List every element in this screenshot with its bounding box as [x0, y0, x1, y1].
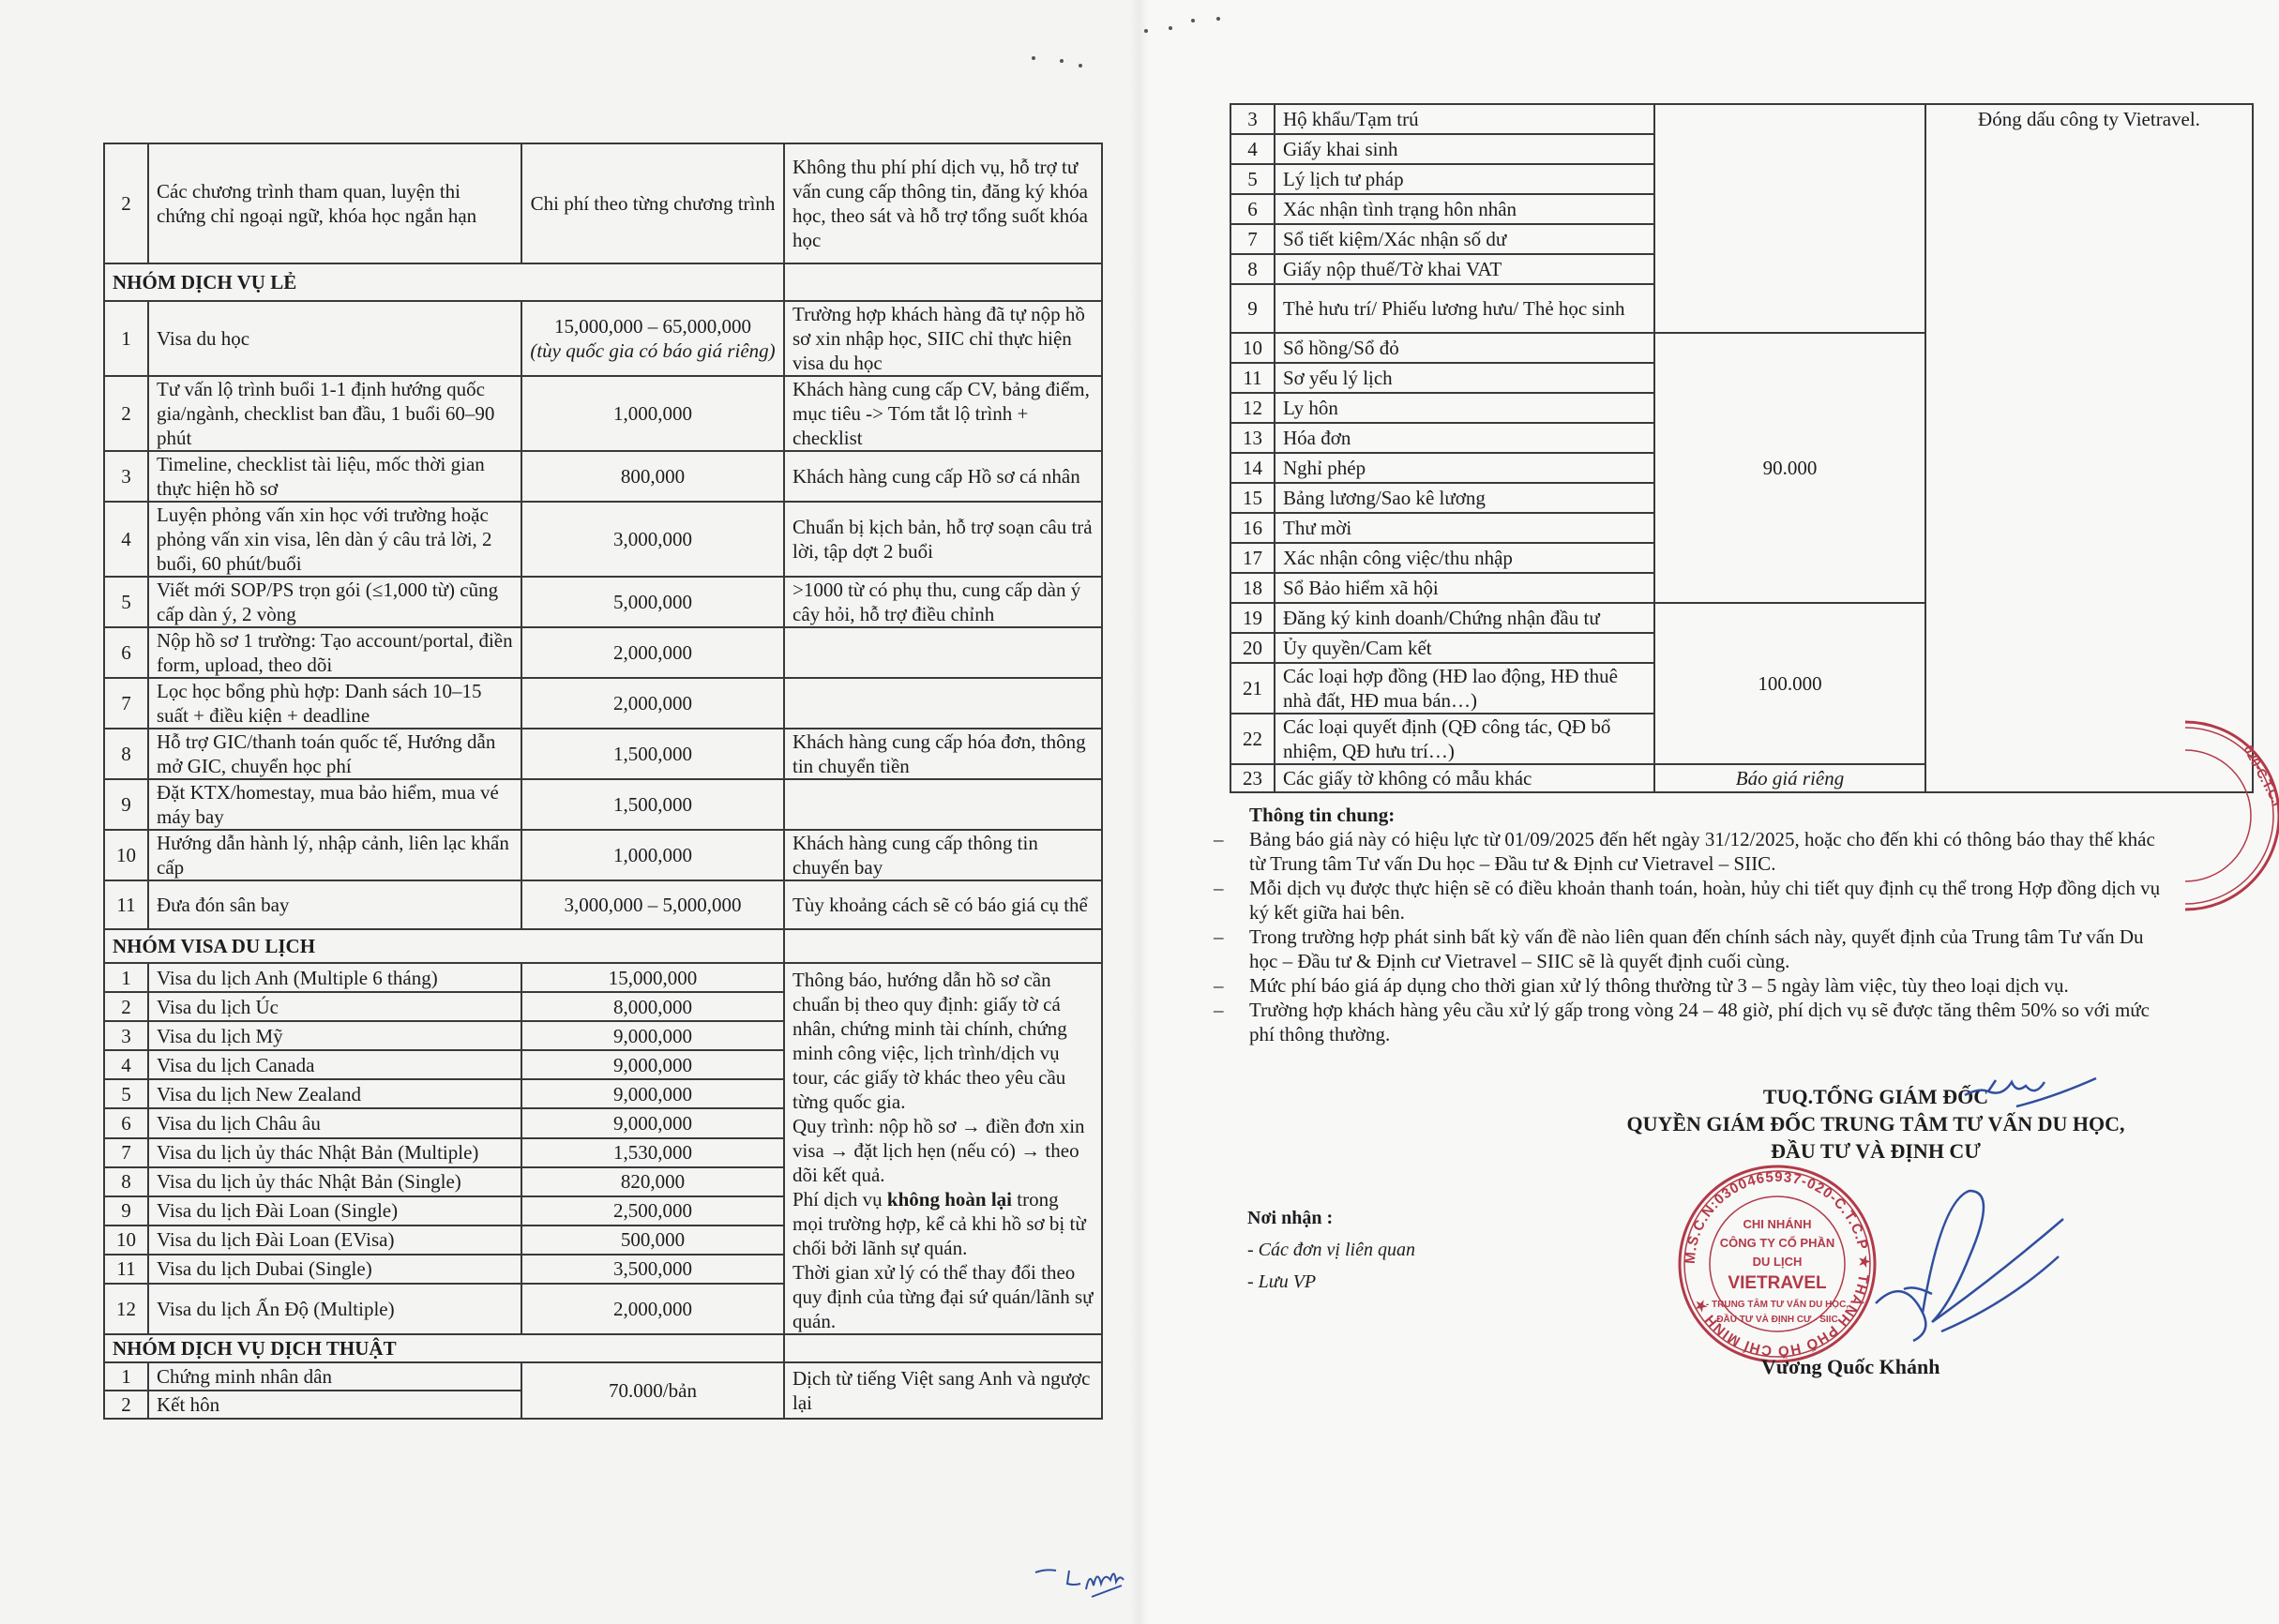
price-cell: 2,000,000 — [521, 678, 784, 729]
document-name: Hộ khẩu/Tạm trú — [1275, 104, 1654, 134]
row-number: 23 — [1230, 764, 1275, 792]
price-cell — [1654, 104, 1925, 333]
scan-speck — [1216, 17, 1220, 21]
scan-speck — [1060, 59, 1064, 63]
price-cell: 500,000 — [521, 1226, 784, 1255]
visa-note-text: Quy trình: nộp hồ sơ → điền đơn xin visa… — [792, 1115, 1085, 1186]
service-name: Chứng minh nhân dân — [148, 1362, 521, 1391]
row-number: 12 — [1230, 393, 1275, 423]
row-number: 19 — [1230, 603, 1275, 633]
visa-note-text: Phí dịch vụ — [792, 1188, 887, 1210]
note-cell — [784, 678, 1102, 729]
note-cell: >1000 từ có phụ thu, cung cấp dàn ý cây … — [784, 577, 1102, 627]
row-number: 4 — [104, 502, 148, 577]
page-gutter — [1130, 0, 1149, 1624]
row-number: 5 — [1230, 164, 1275, 194]
general-info-title: Thông tin chung: — [1249, 803, 2166, 827]
price-value: 2,000,000 — [530, 640, 776, 665]
stamp-inner-text: CHI NHÁNH — [1743, 1217, 1812, 1231]
section-row: NHÓM DỊCH VỤ DỊCH THUẬT — [104, 1334, 1102, 1362]
price-value: 2,000,000 — [530, 691, 776, 715]
service-name: Viết mới SOP/PS trọn gói (≤1,000 từ) cũn… — [148, 577, 521, 627]
note-cell: Không thu phí phí dịch vụ, hỗ trợ tư vấn… — [784, 143, 1102, 263]
service-name: Visa du lịch ủy thác Nhật Bản (Multiple) — [148, 1138, 521, 1167]
service-name: Visa du lịch Canada — [148, 1050, 521, 1079]
service-name: Các chương trình tham quan, luyện thi ch… — [148, 143, 521, 263]
price-value: 1,500,000 — [530, 742, 776, 766]
recipient-item: - Các đơn vị liên quan — [1247, 1234, 1415, 1266]
service-name: Visa du lịch Mỹ — [148, 1021, 521, 1050]
row-number: 6 — [104, 627, 148, 678]
document-name: Ủy quyền/Cam kết — [1275, 633, 1654, 663]
row-number: 8 — [104, 1167, 148, 1196]
company-stamp: M.S.C.N:0300465937-020-C.T.C.P ★ THÀNH P… — [1674, 1161, 1880, 1367]
general-info-item: –Bảng báo giá này có hiệu lực từ 01/09/2… — [1210, 827, 2166, 876]
price-cell: 1,500,000 — [521, 779, 784, 830]
document-name: Nghỉ phép — [1275, 453, 1654, 483]
document-name: Hóa đơn — [1275, 423, 1654, 453]
bullet-dash: – — [1214, 827, 1224, 851]
price-cell: 9,000,000 — [521, 1021, 784, 1050]
note-cell: Tùy khoảng cách sẽ có báo giá cụ thể — [784, 880, 1102, 929]
row-number: 16 — [1230, 513, 1275, 543]
price-cell: 90.000 — [1654, 333, 1925, 603]
service-name: Visa du lịch Đài Loan (Single) — [148, 1196, 521, 1226]
scan-speck — [1169, 26, 1172, 30]
table-row: 2Tư vấn lộ trình buổi 1-1 định hướng quố… — [104, 376, 1102, 451]
scan-speck — [1079, 64, 1082, 68]
visa-note-text: không hoàn lại — [887, 1188, 1012, 1210]
table-row: 4Luyện phỏng vấn xin học với trường hoặc… — [104, 502, 1102, 577]
row-number: 10 — [1230, 333, 1275, 363]
scan-speck — [1144, 29, 1148, 33]
page-edge-stamp: 020-C.T.C.P ★ HỒ CHÍ MINH — [2185, 713, 2279, 919]
price-value: 800,000 — [530, 464, 776, 489]
table-row: 8Hỗ trợ GIC/thanh toán quốc tế, Hướng dẫ… — [104, 729, 1102, 779]
service-name: Visa du học — [148, 301, 521, 376]
general-info-text: Mỗi dịch vụ được thực hiện sẽ có điều kh… — [1249, 877, 2160, 924]
price-cell: 15,000,000 — [521, 963, 784, 992]
row-number: 9 — [1230, 284, 1275, 333]
price-value: 15,000,000 – 65,000,000 — [530, 314, 776, 338]
row-number: 14 — [1230, 453, 1275, 483]
bullet-dash: – — [1214, 925, 1224, 949]
price-value: 1,000,000 — [530, 401, 776, 426]
document-name: Giấy nộp thuế/Tờ khai VAT — [1275, 254, 1654, 284]
note-cell: Khách hàng cung cấp thông tin chuyến bay — [784, 830, 1102, 880]
section-row: NHÓM VISA DU LỊCH — [104, 929, 1102, 963]
director-signature — [1866, 1163, 2073, 1350]
stamp-inner-text: CÔNG TY CỔ PHẦN — [1720, 1236, 1835, 1250]
general-info-item: –Trường hợp khách hàng yêu cầu xử lý gấp… — [1210, 998, 2166, 1046]
general-info-text: Bảng báo giá này có hiệu lực từ 01/09/20… — [1249, 828, 2155, 875]
row-number: 7 — [104, 1138, 148, 1167]
document-name: Giấy khai sinh — [1275, 134, 1654, 164]
row-number: 2 — [104, 992, 148, 1021]
document-name: Các loại quyết định (QĐ công tác, QĐ bổ … — [1275, 714, 1654, 764]
stamp-inner-text: - TRUNG TÂM TƯ VẤN DU HỌC, — [1706, 1298, 1849, 1310]
service-name: Luyện phỏng vấn xin học với trường hoặc … — [148, 502, 521, 577]
table-row: 2Các chương trình tham quan, luyện thi c… — [104, 143, 1102, 263]
stamp-inner-text: VIETRAVEL — [1728, 1273, 1827, 1293]
bullet-dash: – — [1214, 876, 1224, 900]
price-cell: 9,000,000 — [521, 1079, 784, 1108]
service-name: Visa du lịch Úc — [148, 992, 521, 1021]
document-name: Sổ tiết kiệm/Xác nhận số dư — [1275, 224, 1654, 254]
table-row: 1Visa du học15,000,000 – 65,000,000(tùy … — [104, 301, 1102, 376]
scan-speck — [1191, 19, 1195, 23]
note-cell — [784, 1334, 1102, 1362]
row-number: 1 — [104, 301, 148, 376]
row-number: 15 — [1230, 483, 1275, 513]
row-number: 1 — [104, 1362, 148, 1391]
table-row: 3Hộ khẩu/Tạm trúĐóng dấu công ty Vietrav… — [1230, 104, 2253, 134]
service-name: Tư vấn lộ trình buổi 1-1 định hướng quốc… — [148, 376, 521, 451]
service-name: Hỗ trợ GIC/thanh toán quốc tế, Hướng dẫn… — [148, 729, 521, 779]
price-cell: 2,000,000 — [521, 627, 784, 678]
row-number: 8 — [1230, 254, 1275, 284]
table-row: 1Visa du lịch Anh (Multiple 6 tháng)15,0… — [104, 963, 1102, 992]
price-cell: 15,000,000 – 65,000,000(tùy quốc gia có … — [521, 301, 784, 376]
note-cell: Chuẩn bị kịch bản, hỗ trợ soạn câu trả l… — [784, 502, 1102, 577]
document-name: Lý lịch tư pháp — [1275, 164, 1654, 194]
price-cell: Báo giá riêng — [1654, 764, 1925, 792]
table-row: 3Timeline, checklist tài liệu, mốc thời … — [104, 451, 1102, 502]
service-name: Visa du lịch Đài Loan (EVisa) — [148, 1226, 521, 1255]
price-value: 1,000,000 — [530, 843, 776, 867]
row-number: 10 — [104, 1226, 148, 1255]
note-cell: Trường hợp khách hàng đã tự nộp hồ sơ xi… — [784, 301, 1102, 376]
note-cell: Đóng dấu công ty Vietravel. — [1925, 104, 2253, 792]
note-cell — [784, 627, 1102, 678]
initial-signature-top — [1960, 1069, 2101, 1116]
general-info-text: Trong trường hợp phát sinh bất kỳ vấn đề… — [1249, 925, 2143, 972]
recipients-title: Nơi nhận : — [1247, 1202, 1415, 1234]
general-info: Thông tin chung: –Bảng báo giá này có hi… — [1210, 803, 2166, 1046]
service-name: Visa du lịch New Zealand — [148, 1079, 521, 1108]
price-value: 1,500,000 — [530, 792, 776, 817]
row-number: 7 — [1230, 224, 1275, 254]
price-cell: 3,000,000 – 5,000,000 — [521, 880, 784, 929]
price-cell: 100.000 — [1654, 603, 1925, 764]
price-value: Chi phí theo từng chương trình — [530, 191, 776, 216]
visa-note-text: Thời gian xử lý có thể thay đổi theo quy… — [792, 1261, 1094, 1332]
price-cell: 70.000/bản — [521, 1362, 784, 1419]
row-number: 5 — [104, 1079, 148, 1108]
row-number: 10 — [104, 830, 148, 880]
recipients: Nơi nhận : - Các đơn vị liên quan - Lưu … — [1247, 1202, 1415, 1298]
service-name: Visa du lịch Anh (Multiple 6 tháng) — [148, 963, 521, 992]
document-name: Xác nhận công việc/thu nhập — [1275, 543, 1654, 573]
service-name: Timeline, checklist tài liệu, mốc thời g… — [148, 451, 521, 502]
row-number: 2 — [104, 1391, 148, 1419]
stamp-inner-text: DU LỊCH — [1753, 1255, 1803, 1269]
signer-name: Vương Quốc Khánh — [1761, 1355, 1939, 1379]
row-number: 6 — [104, 1108, 148, 1137]
document-name: Ly hôn — [1275, 393, 1654, 423]
row-number: 5 — [104, 577, 148, 627]
document-name: Các loại hợp đồng (HĐ lao động, HĐ thuê … — [1275, 663, 1654, 714]
row-number: 4 — [104, 1050, 148, 1079]
price-value: 3,000,000 – 5,000,000 — [530, 893, 776, 917]
row-number: 2 — [104, 376, 148, 451]
row-number: 11 — [1230, 363, 1275, 393]
price-cell: 2,000,000 — [521, 1284, 784, 1334]
price-cell: 9,000,000 — [521, 1050, 784, 1079]
document-name: Xác nhận tình trạng hôn nhân — [1275, 194, 1654, 224]
price-cell: 1,530,000 — [521, 1138, 784, 1167]
general-info-text: Mức phí báo giá áp dụng cho thời gian xử… — [1249, 974, 2069, 997]
table-row: 7Lọc học bổng phù hợp: Danh sách 10–15 s… — [104, 678, 1102, 729]
row-number: 12 — [104, 1284, 148, 1334]
row-number: 6 — [1230, 194, 1275, 224]
section-header: NHÓM DỊCH VỤ DỊCH THUẬT — [104, 1334, 784, 1362]
price-value: 3,000,000 — [530, 527, 776, 551]
row-number: 2 — [104, 143, 148, 263]
price-value: 5,000,000 — [530, 590, 776, 614]
row-number: 1 — [104, 963, 148, 992]
document-name: Sơ yếu lý lịch — [1275, 363, 1654, 393]
note-cell — [784, 263, 1102, 301]
row-number: 17 — [1230, 543, 1275, 573]
document-name: Các giấy tờ không có mẫu khác — [1275, 764, 1654, 792]
general-info-item: –Trong trường hợp phát sinh bất kỳ vấn đ… — [1210, 925, 2166, 973]
document-name: Đăng ký kinh doanh/Chứng nhận đầu tư — [1275, 603, 1654, 633]
row-number: 8 — [104, 729, 148, 779]
document-name: Sổ Bảo hiểm xã hội — [1275, 573, 1654, 603]
service-name: Kết hôn — [148, 1391, 521, 1419]
row-number: 11 — [104, 1255, 148, 1284]
price-cell: 3,500,000 — [521, 1255, 784, 1284]
table-row: 1Chứng minh nhân dân70.000/bảnDịch từ ti… — [104, 1362, 1102, 1391]
price-cell: 1,000,000 — [521, 376, 784, 451]
price-cell: 1,500,000 — [521, 729, 784, 779]
row-number: 4 — [1230, 134, 1275, 164]
general-info-text: Trường hợp khách hàng yêu cầu xử lý gấp … — [1249, 999, 2150, 1045]
table-row: 10Hướng dẫn hành lý, nhập cảnh, liên lạc… — [104, 830, 1102, 880]
service-name: Lọc học bổng phù hợp: Danh sách 10–15 su… — [148, 678, 521, 729]
note-cell: Khách hàng cung cấp Hồ sơ cá nhân — [784, 451, 1102, 502]
document-name: Thư mời — [1275, 513, 1654, 543]
price-cell: 3,000,000 — [521, 502, 784, 577]
general-info-item: –Mỗi dịch vụ được thực hiện sẽ có điều k… — [1210, 876, 2166, 925]
table-row: 6Nộp hồ sơ 1 trường: Tạo account/portal,… — [104, 627, 1102, 678]
service-name: Visa du lịch Ấn Độ (Multiple) — [148, 1284, 521, 1334]
service-name: Visa du lịch Châu âu — [148, 1108, 521, 1137]
page-initial-signature — [1032, 1561, 1144, 1603]
section-header: NHÓM VISA DU LỊCH — [104, 929, 784, 963]
general-info-item: –Mức phí báo giá áp dụng cho thời gian x… — [1210, 973, 2166, 998]
row-number: 7 — [104, 678, 148, 729]
note-cell: Khách hàng cung cấp hóa đơn, thông tin c… — [784, 729, 1102, 779]
note-cell — [784, 779, 1102, 830]
row-number: 3 — [1230, 104, 1275, 134]
bullet-dash: – — [1214, 973, 1224, 998]
price-note: (tùy quốc gia có báo giá riêng) — [530, 338, 776, 363]
price-table-left: 2Các chương trình tham quan, luyện thi c… — [103, 143, 1103, 1420]
row-number: 9 — [104, 1196, 148, 1226]
price-cell: 9,000,000 — [521, 1108, 784, 1137]
scan-speck — [1032, 56, 1035, 60]
row-number: 3 — [104, 1021, 148, 1050]
stamp-inner-text: ĐẦU TƯ VÀ ĐỊNH CƯ - SIIC — [1716, 1313, 1837, 1325]
service-name: Hướng dẫn hành lý, nhập cảnh, liên lạc k… — [148, 830, 521, 880]
table-row: 9Đặt KTX/homestay, mua bảo hiểm, mua vé … — [104, 779, 1102, 830]
document-name: Sổ hồng/Sổ đỏ — [1275, 333, 1654, 363]
price-cell: 820,000 — [521, 1167, 784, 1196]
price-cell: 800,000 — [521, 451, 784, 502]
recipient-item: - Lưu VP — [1247, 1266, 1415, 1298]
section-row: NHÓM DỊCH VỤ LẺ — [104, 263, 1102, 301]
visa-note-text: Thông báo, hướng dẫn hồ sơ cần chuẩn bị … — [792, 969, 1067, 1113]
service-name: Visa du lịch Dubai (Single) — [148, 1255, 521, 1284]
service-name: Visa du lịch ủy thác Nhật Bản (Single) — [148, 1167, 521, 1196]
price-cell: 5,000,000 — [521, 577, 784, 627]
note-cell: Dịch từ tiếng Việt sang Anh và ngược lại — [784, 1362, 1102, 1419]
row-number: 22 — [1230, 714, 1275, 764]
row-number: 13 — [1230, 423, 1275, 453]
bullet-dash: – — [1214, 998, 1224, 1022]
section-header: NHÓM DỊCH VỤ LẺ — [104, 263, 784, 301]
service-name: Đưa đón sân bay — [148, 880, 521, 929]
service-name: Nộp hồ sơ 1 trường: Tạo account/portal, … — [148, 627, 521, 678]
row-number: 9 — [104, 779, 148, 830]
row-number: 3 — [104, 451, 148, 502]
note-cell: Khách hàng cung cấp CV, bảng điểm, mục t… — [784, 376, 1102, 451]
visa-note-cell: Thông báo, hướng dẫn hồ sơ cần chuẩn bị … — [784, 963, 1102, 1334]
service-name: Đặt KTX/homestay, mua bảo hiểm, mua vé m… — [148, 779, 521, 830]
row-number: 18 — [1230, 573, 1275, 603]
price-cell: 8,000,000 — [521, 992, 784, 1021]
document-name: Bảng lương/Sao kê lương — [1275, 483, 1654, 513]
document-name: Thẻ hưu trí/ Phiếu lương hưu/ Thẻ học si… — [1275, 284, 1654, 333]
table-row: 5Viết mới SOP/PS trọn gói (≤1,000 từ) cũ… — [104, 577, 1102, 627]
table-row: 11Đưa đón sân bay3,000,000 – 5,000,000Tù… — [104, 880, 1102, 929]
note-cell — [784, 929, 1102, 963]
row-number: 11 — [104, 880, 148, 929]
price-table-right: 3Hộ khẩu/Tạm trúĐóng dấu công ty Vietrav… — [1230, 103, 2254, 793]
price-cell: 1,000,000 — [521, 830, 784, 880]
price-cell: Chi phí theo từng chương trình — [521, 143, 784, 263]
row-number: 21 — [1230, 663, 1275, 714]
row-number: 20 — [1230, 633, 1275, 663]
price-cell: 2,500,000 — [521, 1196, 784, 1226]
